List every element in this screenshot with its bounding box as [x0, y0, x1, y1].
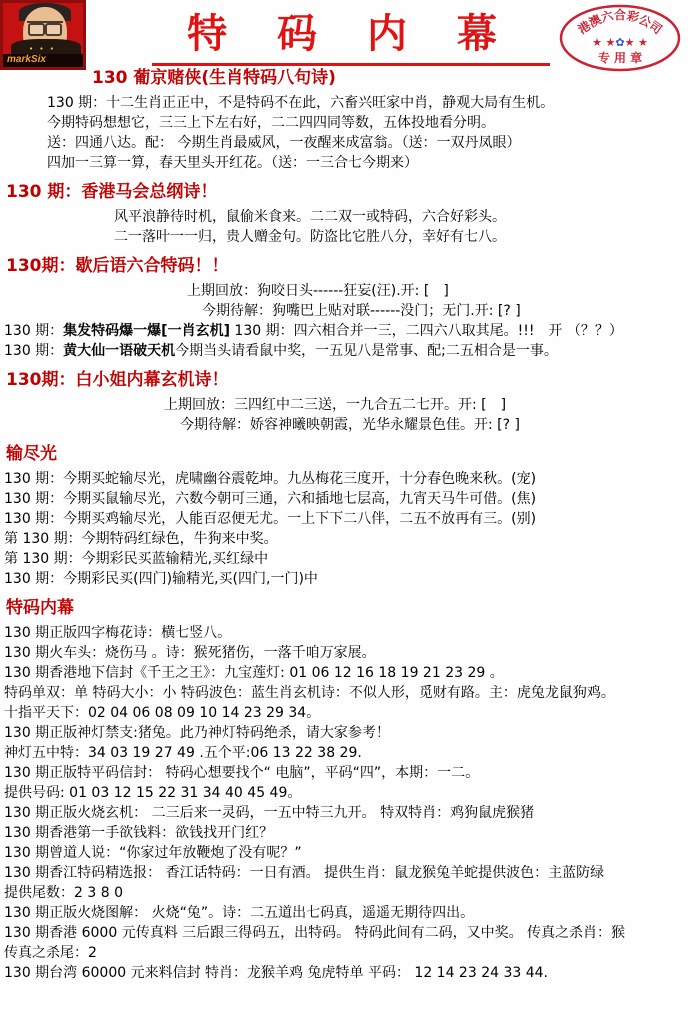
marksix-logo-text: markSix	[7, 54, 46, 65]
text-line: 上期回放：狗咬日头------狂妄(汪).开: [ ]	[2, 281, 688, 301]
glasses-icon	[27, 21, 63, 31]
header: • • • markSix 特 码 内 幕 港澳六合彩公司 ★ ★✿★ ★ 专 …	[0, 0, 690, 66]
section-zonggang: 130 期：香港马会总纲诗！ 风平浪静待时机，鼠偷米食来。二二双一或特码，六合好…	[2, 182, 688, 247]
page-title: 特 码 内 幕	[152, 2, 550, 59]
text-line: 130 期：黄大仙一语破天机今期当头请看鼠中奖，一五见八是常事、配;二五相合是一…	[2, 341, 688, 361]
section-title: 130期：白小姐内幕玄机诗！	[6, 370, 688, 390]
text-line: 130 期：十二生肖正正中，不是特码不在此，六畜兴旺家中肖，静观大局有生机。	[2, 93, 688, 113]
company-stamp: 港澳六合彩公司 ★ ★✿★ ★ 专 用 章	[556, 2, 684, 74]
text-line: 第 130 期：今期特码红绿色，牛狗来中奖。	[2, 529, 688, 549]
marksix-photo: • • • markSix	[0, 0, 86, 70]
section-title: 130期：歇后语六合特码！！	[6, 256, 688, 276]
page: • • • markSix 特 码 内 幕 港澳六合彩公司 ★ ★✿★ ★ 专 …	[0, 0, 690, 1017]
text-line: 传真之杀尾：2	[2, 943, 688, 963]
stamp-stars: ★ ★✿★ ★	[592, 36, 648, 49]
text-line: 上期回放：三四红中二三送，一九合五二七开。开: [ ]	[2, 395, 688, 415]
section-pujing: 130 葡京赌侠(生肖特码八句诗) 130 期：十二生肖正正中，不是特码不在此，…	[2, 68, 688, 173]
content: 130 葡京赌侠(生肖特码八句诗) 130 期：十二生肖正正中，不是特码不在此，…	[0, 68, 690, 983]
text-line: 第 130 期：今期彩民买蓝输精光,买红绿中	[2, 549, 688, 569]
text-line: 特码单双：单 特码大小：小 特码波色：蓝生肖玄机诗：不似人形，觅财有路。主：虎兔…	[2, 683, 688, 703]
text-line: 130 期香江特码精选报： 香江话特码：一日有酒。 提供生肖：鼠龙猴兔羊蛇提供波…	[2, 863, 688, 883]
text-line: 130 期：集发特码爆一爆[一肖玄机] 130 期：四六相合并一三，二四六八取其…	[2, 321, 688, 341]
text-line: 130 期正版特平码信封： 特码心想要找个“ 电脑”，平码“四”，本期：一二。	[2, 763, 688, 783]
text-line: 十指平天下：02 04 06 08 09 10 14 23 29 34。	[2, 703, 688, 723]
section-baixiaojie: 130期：白小姐内幕玄机诗！ 上期回放：三四红中二三送，一九合五二七开。开: […	[2, 370, 688, 435]
text-line: 130 期香港第一手欲钱料：欲钱找开门红？	[2, 823, 688, 843]
text-line: 风平浪静待时机，鼠偷米食来。二二双一或特码，六合好彩头。	[2, 207, 688, 227]
text-line: 130 期正版四字梅花诗：横七竖八。	[2, 623, 688, 643]
text-line: 130 期正版火烧玄机： 二三后来一灵码，一五中特三九开。 特双特肖：鸡狗鼠虎猴…	[2, 803, 688, 823]
text-line: 130 期正版神灯禁支:猪兔。此乃神灯特码绝杀，请大家参考！	[2, 723, 688, 743]
title-underline: 特 码 内 幕	[152, 2, 550, 66]
text-line: 今期待解：狗嘴巴上贴对联------没门；无门.开: [? ]	[2, 301, 688, 321]
text-line: 130 期：今期彩民买(四门)输精光,买(四门,一门)中	[2, 569, 688, 589]
text-line: 今期待解：娇容神曦映朝霞，光华永耀景色佳。开: [? ]	[2, 415, 688, 435]
text-line: 130 期火车头：烧伤马 。诗：猴死猪伤，一落千咱万家展。	[2, 643, 688, 663]
text-line: 提供号码: 01 03 12 15 22 31 34 40 45 49。	[2, 783, 688, 803]
section-temaneimu: 特码内幕 130 期正版四字梅花诗：横七竖八。 130 期火车头：烧伤马 。诗：…	[2, 598, 688, 983]
section-title: 输尽光	[6, 444, 688, 464]
text-line: 130 期香港地下信封《千王之王》：九宝莲灯: 01 06 12 16 18 1…	[2, 663, 688, 683]
section-xiehouyu: 130期：歇后语六合特码！！ 上期回放：狗咬日头------狂妄(汪).开: […	[2, 256, 688, 361]
text-line: 130 期台湾 60000 元来料信封 特肖：龙猴羊鸡 兔虎特单 平码： 12 …	[2, 963, 688, 983]
text-line: 130 期：今期买鸡输尽光，人能百忍便无尤。一上下下二八伴，二五不放再有三。(别…	[2, 509, 688, 529]
marksix-logo-strip: markSix	[3, 54, 83, 67]
text-line: 神灯五中特：34 03 19 27 49 .五个平:06 13 22 38 29…	[2, 743, 688, 763]
text-line: 130 期香港 6000 元传真料 三后跟三得码五，出特码。 特码此间有二码，又…	[2, 923, 688, 943]
text-line: 130 期：今期买鼠输尽光，六数今朝可三通，六和插地七层高，九宵天马牛可借。(焦…	[2, 489, 688, 509]
section-shujinguang: 输尽光 130 期：今期买蛇输尽光，虎啸幽谷震乾坤。九丛梅花三度开，十分春色晚来…	[2, 444, 688, 589]
text-line: 提供尾数：2 3 8 0	[2, 883, 688, 903]
section-title: 特码内幕	[6, 598, 688, 618]
stamp-seal-text: 专 用 章	[598, 50, 642, 65]
text-line: 130 期正版火烧图解： 火烧“兔”。诗：二五道出七码真，遥遥无期待四出。	[2, 903, 688, 923]
photo-dots: • • •	[29, 45, 56, 53]
section-title: 130 期：香港马会总纲诗！	[6, 182, 688, 202]
text-line: 送：四通八达。配： 今期生肖最威风，一夜醒来成富翁。（送：一双丹凤眼）	[2, 133, 688, 153]
text-line: 今期特码想想它，三三上下左右好，二二四四同等数，五体投地看分明。	[2, 113, 688, 133]
text-line: 130 期：今期买蛇输尽光，虎啸幽谷震乾坤。九丛梅花三度开，十分春色晚来秋。(宠…	[2, 469, 688, 489]
text-line: 130 期曾道人说：“你家过年放鞭炮了没有呢？”	[2, 843, 688, 863]
text-line: 四加一三算一算，春天里头开红花。（送：一三合七今期来）	[2, 153, 688, 173]
text-line: 二一落叶一一归，贵人赠金句。防盗比它胜八分，幸好有七八。	[2, 227, 688, 247]
